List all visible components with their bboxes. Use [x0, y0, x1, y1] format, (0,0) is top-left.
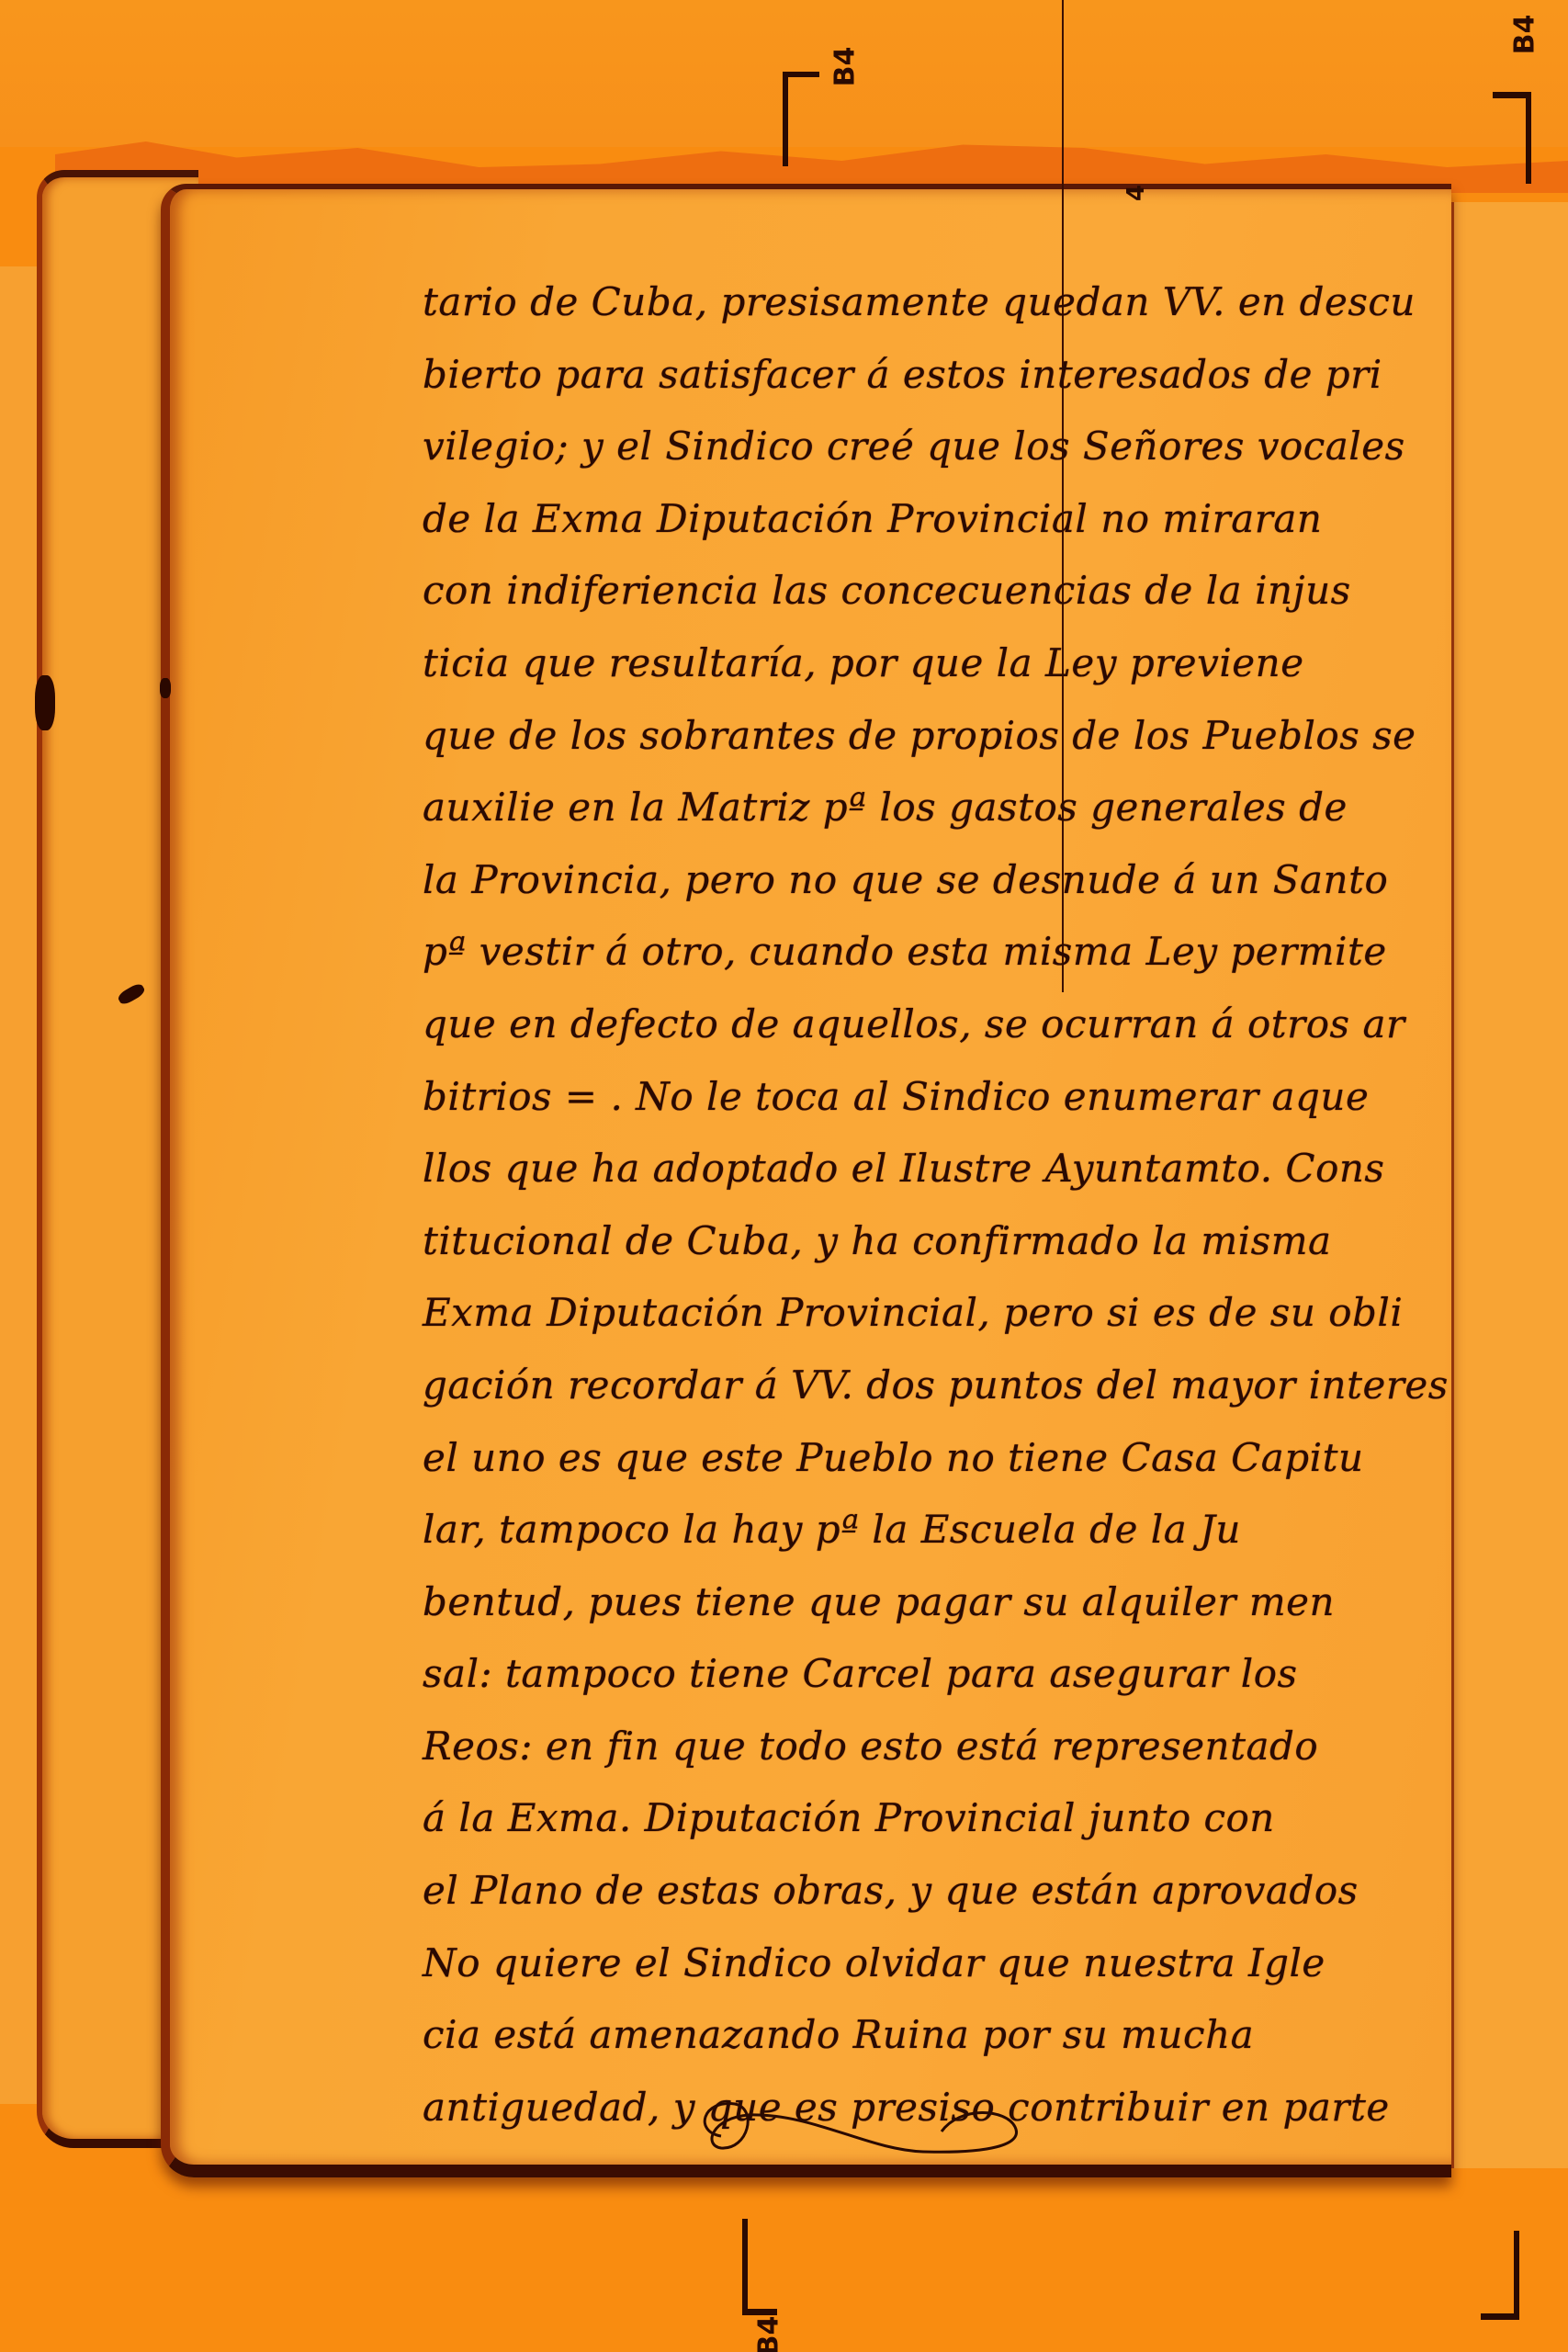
text-line: á la Exma. Diputación Provincial junto c…: [423, 1782, 1470, 1855]
text-line: con indiferiencia las concecuencias de l…: [423, 555, 1470, 628]
text-line: bitrios = . No le toca al Sindico enumer…: [423, 1061, 1470, 1134]
crop-mark-bottom-right: [1481, 2231, 1536, 2332]
text-line: sal: tampoco tiene Carcel para asegurar …: [423, 1638, 1470, 1711]
crop-mark-top-right: [1493, 92, 1548, 193]
text-line: bierto para satisfacer á estos interesad…: [423, 339, 1470, 412]
text-line: que en defecto de aquellos, se ocurran á…: [423, 989, 1470, 1061]
text-line: llos que ha adoptado el Ilustre Ayuntamt…: [423, 1133, 1470, 1205]
text-line: gación recordar á VV. dos puntos del may…: [423, 1350, 1470, 1422]
text-line: No quiere el Sindico olvidar que nuestra…: [423, 1928, 1470, 2000]
text-line: tario de Cuba, presisamente quedan VV. e…: [423, 266, 1470, 339]
text-line: pª vestir á otro, cuando esta misma Ley …: [423, 916, 1470, 989]
ink-blot-mark: [160, 678, 171, 698]
ink-blot-mark: [35, 675, 55, 730]
text-line: que de los sobrantes de propios de los P…: [423, 700, 1470, 773]
text-line: de la Exma Diputación Provincial no mira…: [423, 483, 1470, 556]
manuscript-text: tario de Cuba, presisamente quedan VV. e…: [423, 266, 1470, 2143]
margin-page-mark: 4: [1122, 185, 1150, 201]
text-line: cia está amenazando Ruina por su mucha: [423, 1999, 1470, 2072]
text-line: vilegio; y el Sindico creé que los Señor…: [423, 411, 1470, 483]
crop-mark-label: B4: [1508, 15, 1540, 55]
closing-flourish: [684, 2095, 1089, 2159]
text-line: el uno es que este Pueblo no tiene Casa …: [423, 1422, 1470, 1495]
crop-mark-label: B4: [752, 2316, 784, 2352]
text-line: Reos: en fin que todo esto está represen…: [423, 1711, 1470, 1783]
crop-mark-label: B4: [829, 47, 861, 87]
text-line: el Plano de estas obras, y que están apr…: [423, 1855, 1470, 1928]
text-line: lar, tampoco la hay pª la Escuela de la …: [423, 1494, 1470, 1566]
text-line: Exma Diputación Provincial, pero si es d…: [423, 1277, 1470, 1350]
text-line: bentud, pues tiene que pagar su alquiler…: [423, 1566, 1470, 1639]
text-line: la Provincia, pero no que se desnude á u…: [423, 844, 1470, 917]
text-line: auxilie en la Matriz pª los gastos gener…: [423, 772, 1470, 844]
crop-mark-bottom-left: [742, 2219, 797, 2320]
adjacent-page-strip: [0, 266, 41, 2104]
text-line: ticia que resultaría, por que la Ley pre…: [423, 628, 1470, 700]
text-line: titucional de Cuba, y ha confirmado la m…: [423, 1205, 1470, 1278]
crop-mark-top-left: [783, 72, 838, 173]
